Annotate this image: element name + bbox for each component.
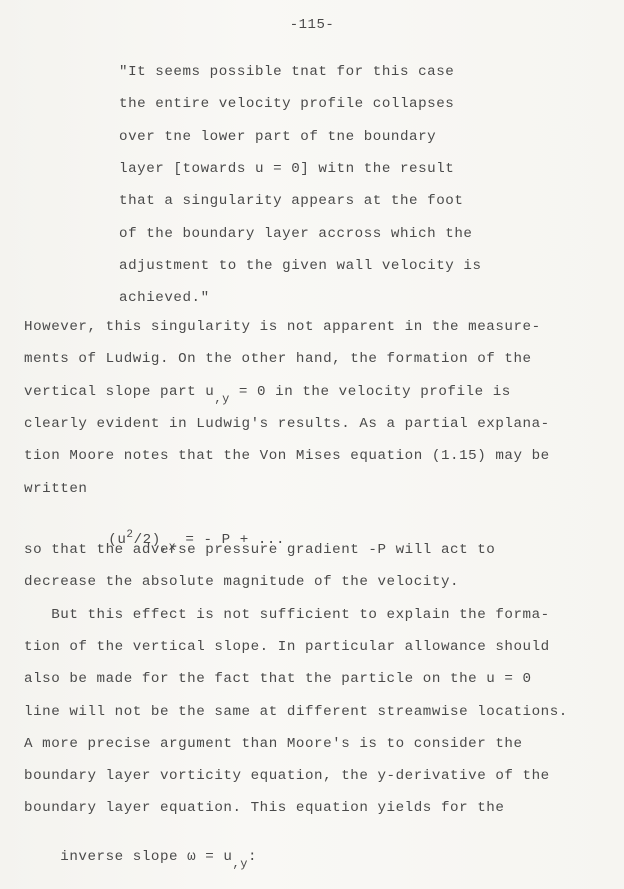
quote-line: that a singularity appears at the foot [119,192,463,210]
last-post: : [248,849,257,865]
body-line: boundary layer equation. This equation y… [24,799,504,817]
document-page: -115- "It seems possible tnat for this c… [0,0,624,889]
quote-line: of the boundary layer accross which the [119,225,473,243]
last-pre: inverse slope ω = u [60,849,232,865]
last-line: inverse slope ω = u,y: [24,830,257,884]
body-line: clearly evident in Ludwig's results. As … [24,415,550,433]
quote-line: the entire velocity profile collapses [119,95,454,113]
quote-line: "It seems possible tnat for this case [119,63,454,81]
quote-line: achieved." [119,289,210,307]
quote-line: over tne lower part of tne boundary [119,128,436,146]
body-line: boundary layer vorticity equation, the y… [24,767,550,785]
body-line: line will not be the same at different s… [24,703,568,721]
body-line: tion Moore notes that the Von Mises equa… [24,447,550,465]
body-line: written [24,480,87,498]
body-line: also be made for the fact that the parti… [24,670,532,688]
last-sub: ,y [232,857,248,871]
page-number: -115- [0,17,624,33]
body-line: But this effect is not sufficient to exp… [24,606,550,624]
quote-line: adjustment to the given wall velocity is [119,257,482,275]
body-line: decrease the absolute magnitude of the v… [24,573,459,591]
body-line: ments of Ludwig. On the other hand, the … [24,350,532,368]
body-line: However, this singularity is not apparen… [24,318,541,336]
body-line: vertical slope part u,y = 0 in the veloc… [24,383,511,401]
quote-line: layer [towards u = 0] witn the result [119,160,454,178]
body-line: tion of the vertical slope. In particula… [24,638,550,656]
body-line: so that the adverse pressure gradient -P… [24,541,495,559]
eq-sup: 2 [126,529,133,541]
body-line: A more precise argument than Moore's is … [24,735,523,753]
